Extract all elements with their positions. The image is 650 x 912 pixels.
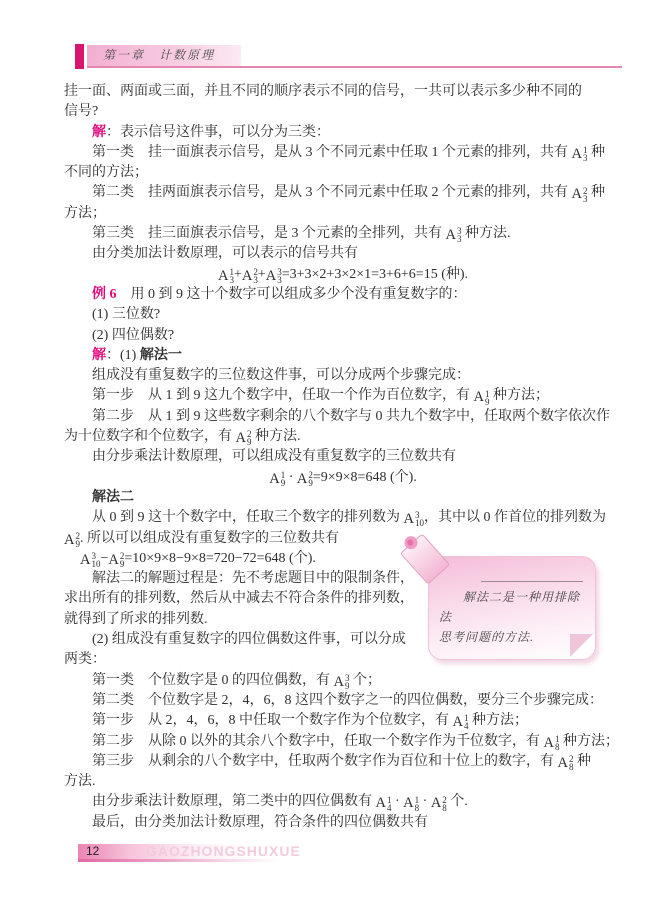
text-span: . 所以可以组成没有重复数字的三位数共有 <box>80 531 339 546</box>
text-line: 方法. <box>64 772 622 792</box>
text-span: 种 <box>587 185 605 200</box>
accent-span: 解 <box>92 125 106 140</box>
bold-span: 解法二 <box>92 490 134 505</box>
permutation-symbol: A18 <box>544 736 560 750</box>
text-span: 种方法； <box>468 713 528 728</box>
text-span: 求出所有的排列数，然后从中减去不符合条件的排列数， <box>64 591 414 606</box>
text-span: 个. <box>447 794 468 809</box>
accent-bold-span: 例 6 <box>92 287 117 302</box>
permutation-symbol: A23 <box>572 188 588 202</box>
note-text: 解法二是一种用排除法 思考问题的方法. <box>439 587 587 647</box>
text-line: 第一步 从 2，4，6，8 中任取一个数字作为个位数字，有 A14 种方法； <box>64 711 622 731</box>
text-line: 由分步乘法计数原理，第二类中的四位偶数有 A14 · A18 · A28 个. <box>64 792 622 812</box>
text-span: 就得到了所求的排列数. <box>64 612 208 627</box>
permutation-symbol: A19 <box>474 391 490 405</box>
text-line: 由分类加法计数原理，可以表示的信号共有 <box>64 244 622 264</box>
permutation-symbol: A23 <box>242 269 258 283</box>
text-span: · <box>419 794 431 809</box>
text-span: 个； <box>349 673 381 688</box>
permutation-symbol: A310 <box>404 512 424 526</box>
text-span: 方法. <box>64 774 96 789</box>
text-span: 由分类加法计数原理，可以表示的信号共有 <box>92 246 358 261</box>
folded-corner-icon <box>570 634 595 659</box>
text-line: 第一类 个位数字是 0 的四位偶数，有 A39 个； <box>64 671 622 691</box>
text-line: A29. 所以可以组成没有重复数字的三位数共有 <box>64 529 622 549</box>
text-line: (2) 四位偶数? <box>64 326 622 346</box>
permutation-symbol: A18 <box>403 797 419 811</box>
text-span: 第二步 从除 0 以外的其余八个数字中，任取一个数字作为千位数字，有 <box>92 734 544 749</box>
permutation-symbol: A14 <box>376 797 392 811</box>
text-line: 最后，由分类加法计数原理，符合条件的四位偶数共有 <box>64 813 622 833</box>
permutation-symbol: A14 <box>453 715 469 729</box>
watermark: GAOZHONGSHUXUE <box>146 843 301 859</box>
text-span: 从 0 到 9 这十个数字中，任取三个数字的排列数为 <box>92 510 404 525</box>
text-line: 解：表示信号这件事，可以分为三类： <box>64 123 622 143</box>
text-span: 由分步乘法计数原理，可以组成没有重复数字的三位数共有 <box>92 449 456 464</box>
text-line: 第一步 从 1 到 9 这九个数字中，任取一个作为百位数字，有 A19 种方法； <box>64 386 622 406</box>
text-span: + <box>258 267 266 282</box>
text-line: 不同的方法； <box>64 163 622 183</box>
permutation-symbol: A19 <box>269 472 285 486</box>
text-span: 两类： <box>64 652 106 667</box>
text-line: 由分步乘法计数原理，可以组成没有重复数字的三位数共有 <box>64 447 622 467</box>
text-line: 方法； <box>64 204 622 224</box>
text-span: 第二类 挂两面旗表示信号，是从 3 个不同元素中任取 2 个元素的排列，共有 <box>92 185 572 200</box>
permutation-symbol: A29 <box>236 431 252 445</box>
text-line: A13+A23+A33=3+3×2+3×2×1=3+6+6=15 (种). <box>64 265 622 285</box>
text-span: 第三类 挂三面旗表示信号，是 3 个元素的全排列，共有 <box>92 226 446 241</box>
footer-rule <box>78 859 278 862</box>
text-line: 解法二 <box>64 488 622 508</box>
text-span: · <box>391 794 403 809</box>
accent-span: 解 <box>92 348 106 363</box>
text-span: (2) 组成没有重复数字的四位偶数这件事，可以分成 <box>92 632 406 647</box>
text-span: 信号? <box>64 104 98 119</box>
text-line: 为十位数字和个位数字，有 A29 种方法. <box>64 427 622 447</box>
text-span: 用 0 到 9 这十个数字可以组成多少个没有重复数字的： <box>117 287 467 302</box>
text-line: 组成没有重复数字的三位数这件事，可以分成两个步骤完成： <box>64 366 622 386</box>
text-line: 解：(1) 解法一 <box>64 346 622 366</box>
text-span: ：(1) <box>106 348 140 363</box>
text-span: ，其中以 0 作首位的排列数为 <box>424 510 606 525</box>
text-span: 方法； <box>64 206 106 221</box>
text-span: − <box>100 551 108 566</box>
note-box: 解法二是一种用排除法 思考问题的方法. <box>414 550 596 660</box>
permutation-symbol: A28 <box>558 756 574 770</box>
note-rule <box>481 581 583 582</box>
text-span: 种方法； <box>559 734 619 749</box>
text-line: 第三步 从剩余的八个数字中，任取两个数字作为百位和十位上的数字，有 A28 种 <box>64 752 622 772</box>
text-span: 第一类 挂一面旗表示信号，是从 3 个不同元素中任取 1 个元素的排列，共有 <box>92 145 572 160</box>
text-span: + <box>234 267 242 282</box>
note-text-line: 思考问题的方法. <box>439 627 587 647</box>
permutation-symbol: A29 <box>64 533 80 547</box>
permutation-symbol: A33 <box>266 269 282 283</box>
text-span: 第一类 个位数字是 0 的四位偶数，有 <box>92 673 334 688</box>
text-line: 信号? <box>64 102 622 122</box>
text-line: A19 · A29=9×9×8=648 (个). <box>64 468 622 488</box>
header-rule <box>87 66 622 68</box>
text-span: 种 <box>573 754 591 769</box>
text-span: (2) 四位偶数? <box>92 328 174 343</box>
text-line: 例 6 用 0 到 9 这十个数字可以组成多少个没有重复数字的： <box>64 285 622 305</box>
chapter-tab: 第一章 计数原理 <box>87 45 241 66</box>
permutation-symbol: A28 <box>431 797 447 811</box>
text-span: =3+3×2+3×2×1=3+6+6=15 (种). <box>282 267 468 282</box>
permutation-symbol: A39 <box>334 675 350 689</box>
text-span: 种方法. <box>251 429 300 444</box>
text-span: 第三步 从剩余的八个数字中，任取两个数字作为百位和十位上的数字，有 <box>92 754 558 769</box>
note-body: 解法二是一种用排除法 思考问题的方法. <box>428 556 596 660</box>
text-span: ：表示信号这件事，可以分为三类： <box>106 125 330 140</box>
page-number: 12 <box>86 844 99 859</box>
text-span: 挂一面、两面或三面，并且不同的顺序表示不同的信号，一共可以表示多少种不同的 <box>64 84 582 99</box>
text-line: 第二类 个位数字是 2，4，6，8 这四个数字之一的四位偶数，要分三个步骤完成： <box>64 691 622 711</box>
content: 挂一面、两面或三面，并且不同的顺序表示不同的信号，一共可以表示多少种不同的信号?… <box>64 82 622 833</box>
text-line: 第二步 从除 0 以外的其余八个数字中，任取一个数字作为千位数字，有 A18 种… <box>64 732 622 752</box>
text-span: 第二类 个位数字是 2，4，6，8 这四个数字之一的四位偶数，要分三个步骤完成： <box>92 693 603 708</box>
text-span: 第一步 从 1 到 9 这九个数字中，任取一个作为百位数字，有 <box>92 388 474 403</box>
text-span: 组成没有重复数字的三位数这件事，可以分成两个步骤完成： <box>92 368 470 383</box>
text-span: 种方法. <box>461 226 510 241</box>
content-lines: 挂一面、两面或三面，并且不同的顺序表示不同的信号，一共可以表示多少种不同的信号?… <box>64 82 622 833</box>
text-line: 从 0 到 9 这十个数字中，任取三个数字的排列数为 A310，其中以 0 作首… <box>64 508 622 528</box>
text-span: 不同的方法； <box>64 165 148 180</box>
bold-span: 解法一 <box>140 348 182 363</box>
permutation-symbol: A13 <box>572 147 588 161</box>
text-line: 第二类 挂两面旗表示信号，是从 3 个不同元素中任取 2 个元素的排列，共有 A… <box>64 183 622 203</box>
text-line: 第二步 从 1 到 9 这些数字剩余的八个数字与 0 共九个数字中，任取两个数字… <box>64 407 622 427</box>
text-span: · <box>285 470 297 485</box>
note-text-line: 解法二是一种用排除法 <box>439 587 587 627</box>
text-span: 种 <box>587 145 605 160</box>
text-line: 第一类 挂一面旗表示信号，是从 3 个不同元素中任取 1 个元素的排列，共有 A… <box>64 143 622 163</box>
text-span: =10×9×8−9×8=720−72=648 (个). <box>124 551 316 566</box>
text-span: 第二步 从 1 到 9 这些数字剩余的八个数字与 0 共九个数字中，任取两个数字… <box>92 409 610 424</box>
text-span: 由分步乘法计数原理，第二类中的四位偶数有 <box>92 794 376 809</box>
permutation-symbol: A29 <box>108 553 124 567</box>
permutation-symbol: A33 <box>446 228 462 242</box>
text-span: 最后，由分类加法计数原理，符合条件的四位偶数共有 <box>92 815 428 830</box>
text-span: 第一步 从 2，4，6，8 中任取一个数字作为个位数字，有 <box>92 713 453 728</box>
textbook-page: 第一章 计数原理 挂一面、两面或三面，并且不同的顺序表示不同的信号，一共可以表示… <box>0 0 650 912</box>
text-line: 第三类 挂三面旗表示信号，是 3 个元素的全排列，共有 A33 种方法. <box>64 224 622 244</box>
permutation-symbol: A310 <box>80 553 100 567</box>
text-span: (1) 三位数? <box>92 307 160 322</box>
text-span: =9×9×8=648 (个). <box>313 470 417 485</box>
chapter-label: 第一章 计数原理 <box>103 48 215 62</box>
permutation-symbol: A29 <box>297 472 313 486</box>
text-span: 为十位数字和个位数字，有 <box>64 429 236 444</box>
header-accent-bar <box>75 44 84 69</box>
text-line: 挂一面、两面或三面，并且不同的顺序表示不同的信号，一共可以表示多少种不同的 <box>64 82 622 102</box>
text-line: (1) 三位数? <box>64 305 622 325</box>
text-span: 解法二的解题过程是：先不考虑题目中的限制条件， <box>92 571 414 586</box>
permutation-symbol: A13 <box>218 269 234 283</box>
text-span: 种方法； <box>489 388 549 403</box>
